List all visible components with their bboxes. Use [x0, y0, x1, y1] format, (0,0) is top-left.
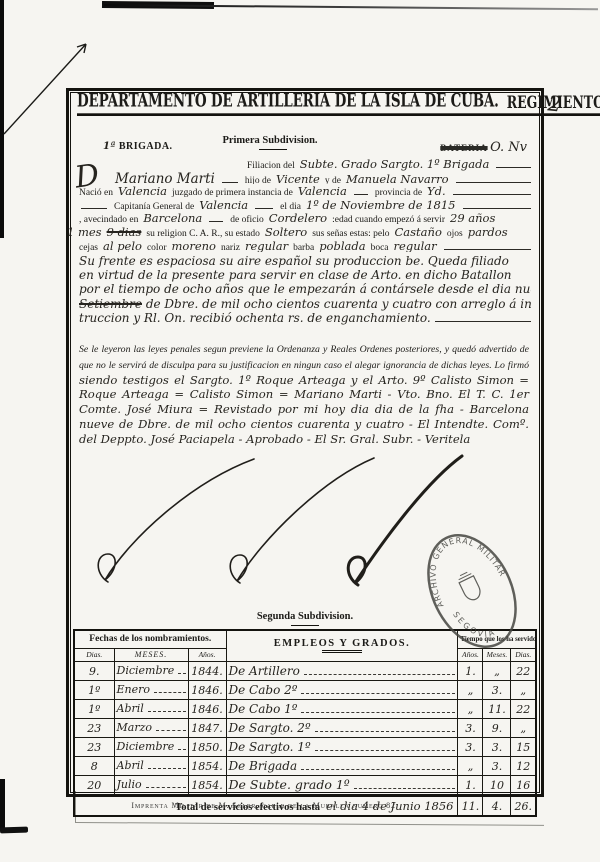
y-de-label: y de	[325, 176, 341, 185]
juzgado-value: Valencia	[298, 184, 347, 198]
cell-dia: 1º	[88, 703, 100, 716]
cell-t-anos: „	[468, 760, 474, 773]
cell-t-anos: „	[468, 684, 474, 697]
barba-value: poblada	[319, 239, 365, 253]
father-name: Vicente	[276, 172, 320, 185]
cell-t-meses: „	[494, 665, 500, 678]
fechas-header: Fechas de los nombramientos.	[74, 630, 226, 648]
battery-handwritten-note: O. Nv	[490, 140, 527, 155]
enlistment-line: Su frente es espaciosa su aire español s…	[79, 254, 531, 268]
enlistment-line-text: truccion y Rl. On. recibió ochenta rs. d…	[79, 311, 431, 325]
table-row: 1º Enero 1846. De Cabo 2º „ 3. „	[74, 680, 536, 699]
table-row: 23 Marzo 1847. De Sargto. 2º 3. 9. „	[74, 718, 536, 737]
mother-name: Manuela Navarro	[346, 172, 449, 185]
cell-t-dias: „	[520, 722, 526, 735]
cell-t-anos: „	[468, 703, 474, 716]
document-header: DEPARTAMENTO DE ARTILLERIA DE LA ISLA DE…	[77, 97, 534, 116]
cell-ano: 1854.	[191, 760, 223, 773]
cejas-label: cejas	[79, 243, 98, 253]
boca-label: boca	[371, 243, 389, 253]
filiacion-line-6: 1 mes 9 dias su religion C. A. R., su es…	[67, 225, 533, 239]
ojos-label: ojos	[447, 229, 463, 239]
legal-paragraph: Se le leyeron las leyes penales segun pr…	[79, 341, 529, 447]
cell-mes: Diciembre	[117, 664, 175, 677]
rank-value: Subte. Grado Sargto. 1º Brigada	[300, 157, 490, 171]
cell-dia: 23	[87, 741, 101, 754]
filiacion-label: Filiacion del	[247, 161, 295, 171]
color-value: moreno	[172, 239, 216, 253]
filiacion-line-3: Nació en Valencia juzgado de primera ins…	[79, 184, 533, 198]
first-subdivision-title: Primera Subdivision.	[71, 135, 469, 146]
cell-mes: Enero	[117, 683, 151, 696]
table-row: 9. Diciembre 1844. De Artillero 1. „ 22	[74, 661, 536, 680]
cell-t-dias: 12	[516, 760, 530, 773]
section-labels: 1ª BRIGADA. Primera Subdivision. BATERIA…	[71, 133, 539, 153]
cell-dia: 20	[87, 779, 101, 792]
oficio-label: de oficio	[230, 215, 264, 225]
battery-struck-word: BATERIA	[440, 143, 487, 153]
birthdate-value: 1º de Noviembre de 1815	[306, 198, 455, 212]
cell-ano: 1847.	[191, 722, 223, 735]
provincia-value: Yd.	[427, 184, 446, 198]
birthplace-value: Valencia	[118, 184, 167, 198]
cell-t-dias: 15	[516, 741, 530, 754]
regiment-label: REGIMIENTO.	[505, 92, 600, 116]
dia-label: el dia	[280, 202, 301, 212]
senas-label: sus señas estas: pelo	[312, 229, 389, 239]
col-meses: MESES.	[114, 648, 188, 661]
enlistment-line: truccion y Rl. On. recibió ochenta rs. d…	[79, 311, 531, 325]
cell-empleo: De Subte. grado 1º	[229, 777, 350, 792]
cell-ano: 1854.	[191, 779, 223, 792]
filiacion-block: Filiacion del Subte. Grado Sargto. 1º Br…	[79, 157, 533, 252]
cell-mes: Julio	[117, 778, 142, 791]
cell-t-dias: 22	[516, 665, 530, 678]
residence-value: Barcelona	[143, 211, 202, 225]
page-edge-bottom	[76, 822, 544, 826]
nariz-label: nariz	[221, 243, 240, 253]
soldier-name: Mariano Marti	[115, 171, 215, 185]
cell-dia: 9.	[89, 665, 100, 678]
edad-extra: 1 mes	[67, 225, 102, 239]
department-title: DEPARTAMENTO DE ARTILLERIA DE LA ISLA DE…	[77, 90, 505, 116]
hijo-label: hijo de	[245, 176, 271, 185]
cell-t-meses: 3.	[492, 760, 503, 773]
cell-empleo: De Cabo 2º	[229, 683, 298, 697]
enlistment-line: Setiembre de Dbre. de mil ocho cientos c…	[79, 297, 531, 311]
provincia-label: provincia de	[375, 188, 422, 198]
struck-month: Setiembre	[79, 297, 142, 311]
capitania-label: Capitanía General de	[114, 202, 194, 212]
cell-empleo: De Cabo 1º	[229, 702, 298, 716]
estado-value: Soltero	[265, 225, 307, 239]
stamp-bottom-text: SEGOVIA	[450, 599, 497, 649]
religion-label: su religion C. A. R., su estado	[146, 229, 259, 239]
table-row: 1º Abril 1846. De Cabo 1º „ 11. 22	[74, 699, 536, 718]
edad-struck: 9 dias	[107, 225, 142, 239]
document-frame: DEPARTAMENTO DE ARTILLERIA DE LA ISLA DE…	[66, 88, 544, 797]
document-frame-inner: DEPARTAMENTO DE ARTILLERIA DE LA ISLA DE…	[70, 92, 540, 793]
cell-ano: 1850.	[191, 741, 223, 754]
cell-t-anos: 3.	[465, 741, 476, 754]
cell-t-anos: 1.	[465, 779, 476, 792]
scan-artifact-bottom-left-smudge	[0, 827, 28, 834]
cell-dia: 8	[91, 760, 98, 773]
boca-value: regular	[394, 239, 437, 253]
title-underline	[259, 149, 287, 150]
cell-dia: 1º	[88, 684, 100, 697]
cell-ano: 1846.	[191, 703, 223, 716]
table-row: 8 Abril 1854. De Brigada „ 3. 12	[74, 756, 536, 775]
filiacion-line-1: Filiacion del Subte. Grado Sargto. 1º Br…	[79, 157, 533, 171]
cell-t-meses: 11.	[488, 703, 506, 716]
filiacion-line-7: cejas al pelo color moreno nariz regular…	[79, 239, 533, 253]
cell-t-meses: 10	[490, 779, 504, 792]
enlistment-line: en virtud de la presente para servir en …	[79, 268, 531, 282]
filiacion-line-5: , avecindado en Barcelona de oficio Cord…	[79, 211, 533, 225]
scanned-document-page: 2 DEPARTAMENTO DE ARTILLERIA DE LA ISLA …	[0, 0, 600, 862]
capitania-value: Valencia	[199, 198, 248, 212]
oficio-value: Cordelero	[269, 211, 327, 225]
svg-text:SEGOVIA: SEGOVIA	[450, 599, 497, 649]
cell-t-dias: 16	[516, 779, 530, 792]
ojos-value: pardos	[468, 225, 508, 239]
cell-dia: 23	[87, 722, 101, 735]
cejas-value: al pelo	[103, 239, 142, 253]
header-rule	[322, 650, 362, 653]
cell-t-dias: „	[520, 684, 526, 697]
flourish-underline	[435, 321, 531, 322]
enlistment-line: por el tiempo de ocho años que le empeza…	[79, 282, 531, 296]
cell-t-meses: 9.	[492, 722, 503, 735]
empleos-header-text: EMPLEOS Y GRADOS.	[274, 638, 410, 649]
enlistment-paragraph: Su frente es espaciosa su aire español s…	[79, 254, 531, 325]
cell-empleo: De Sargto. 2º	[229, 721, 311, 735]
archive-stamp-icon: ARCHIVO GENERAL MILITAR SEGOVIA	[402, 520, 542, 662]
cell-ano: 1846.	[191, 684, 223, 697]
legal-handwritten-text: siendo testigos el Sargto. 1º Roque Arte…	[79, 373, 529, 446]
barba-label: barba	[293, 243, 314, 253]
cell-mes: Abril	[117, 702, 144, 715]
edad-value: 29 años	[450, 211, 495, 225]
legal-printed-text: Se le leyeron las leyes penales segun pr…	[79, 344, 529, 371]
nariz-value: regular	[245, 239, 288, 253]
avecindado-label: , avecindado en	[79, 215, 138, 225]
enlistment-line-text: de Dbre. de mil ocho cientos cuarenta y …	[146, 297, 531, 311]
table-row: 23 Diciembre 1850. De Sargto. 1º 3. 3. 1…	[74, 737, 536, 756]
cell-mes: Marzo	[117, 721, 153, 734]
edad-label: :edad cuando empezó á servir	[332, 215, 445, 225]
cell-mes: Abril	[117, 759, 144, 772]
filiacion-line-2: Mariano Marti hijo de Vicente y de Manue…	[79, 171, 533, 185]
cell-t-anos: 1.	[465, 665, 476, 678]
printer-imprint: Imprenta Militar de M. Soler, calle de l…	[0, 801, 530, 810]
cell-t-meses: 3.	[492, 741, 503, 754]
col-anos: Años.	[188, 648, 226, 661]
cell-empleo: De Artillero	[229, 664, 300, 678]
juzgado-label: juzgado de primera instancia de	[172, 188, 293, 198]
pelo-value: Castaño	[395, 225, 442, 239]
cell-empleo: De Sargto. 1º	[229, 740, 311, 754]
cell-empleo: De Brigada	[229, 759, 298, 773]
filiacion-line-4: Capitanía General de Valencia el dia 1º …	[79, 198, 533, 212]
battery-label: BATERIA O. Nv	[440, 140, 527, 155]
color-label: color	[147, 243, 167, 253]
cell-mes: Diciembre	[117, 740, 175, 753]
title-underline	[291, 625, 319, 626]
col-dias: Dias.	[74, 648, 114, 661]
cell-t-anos: 3.	[465, 722, 476, 735]
nacio-label: Nació en	[79, 188, 113, 198]
cell-ano: 1844.	[191, 665, 223, 678]
table-row: 20 Julio 1854. De Subte. grado 1º 1. 10 …	[74, 775, 536, 795]
cell-t-meses: 3.	[492, 684, 503, 697]
cell-t-dias: 22	[516, 703, 530, 716]
